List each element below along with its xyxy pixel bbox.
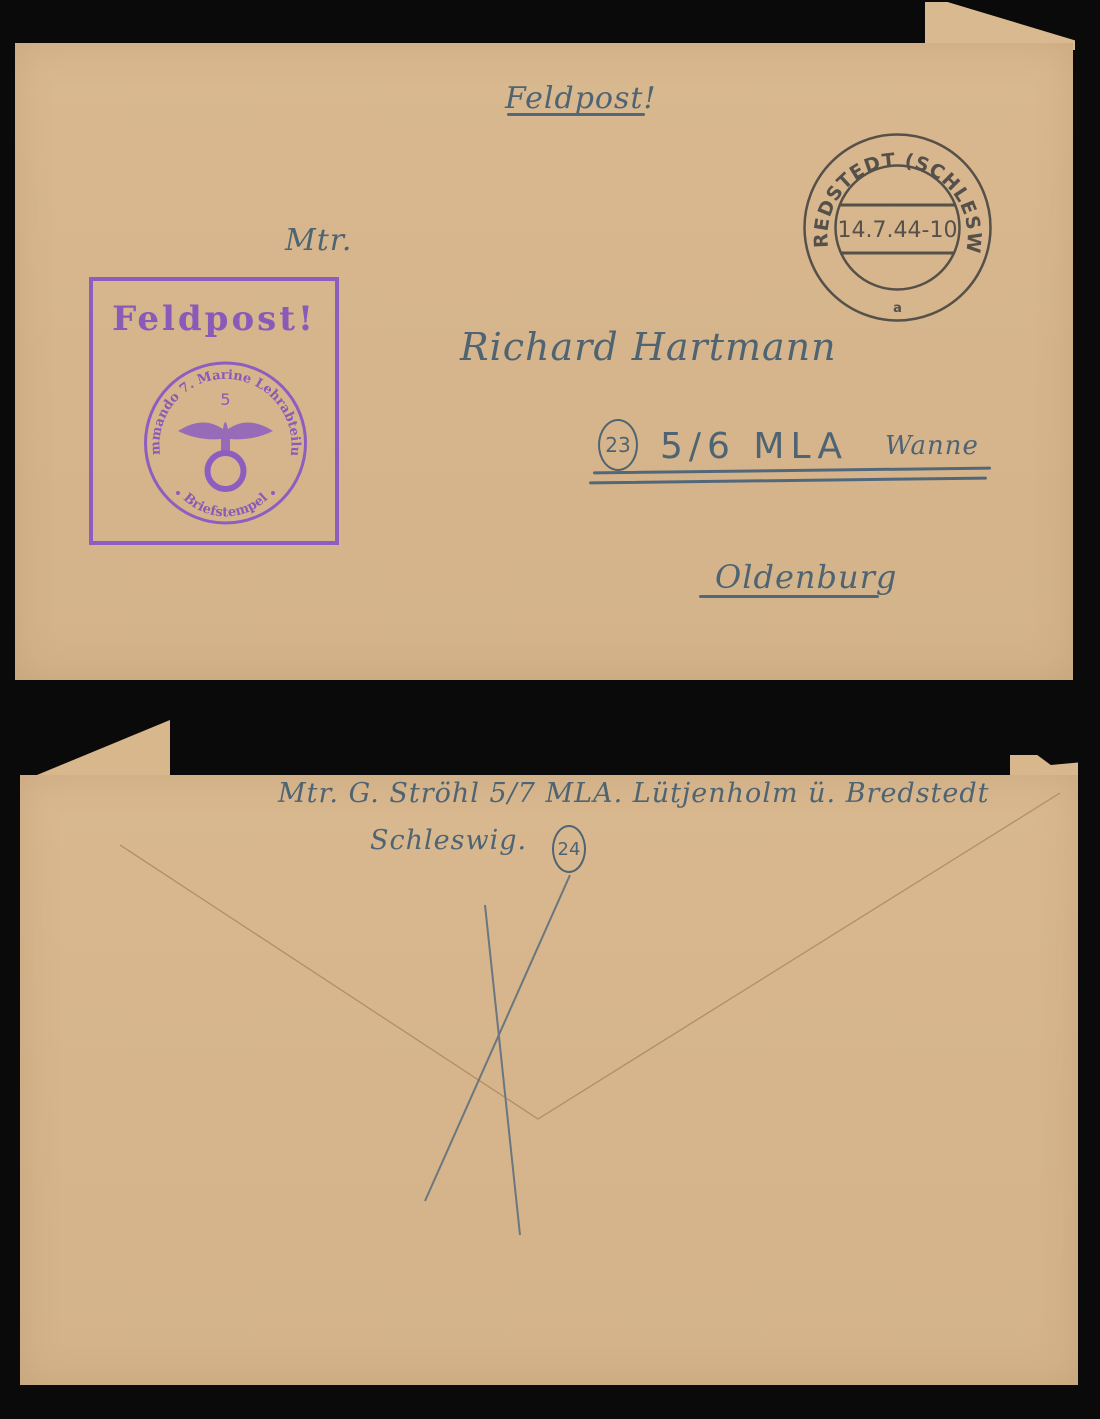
rank-line: Mtr. (285, 223, 352, 258)
seal-number: 5 (220, 390, 230, 409)
feldpost-stamp-box: Feldpost! Kommando 7. Marine Lehrabteilu… (89, 277, 339, 545)
unit-underline-2 (589, 477, 987, 485)
unit-seal-icon: Kommando 7. Marine Lehrabteilung 5 Brief… (138, 353, 313, 528)
recipient-district-circle: 23 (598, 419, 638, 471)
city-underline (699, 595, 879, 598)
back-sender-line-1: Mtr. G. Ströhl 5/7 MLA. Lütjenholm ü. Br… (278, 778, 990, 809)
envelope-front: Feldpost! Mtr. Feldpost! Kommando 7. Mar… (15, 43, 1073, 680)
flap-fold-lines (20, 775, 1078, 1385)
recipient-city: Oldenburg (715, 558, 897, 596)
recipient-name: Richard Hartmann (460, 325, 837, 369)
envelope-back: Mtr. G. Ströhl 5/7 MLA. Lütjenholm ü. Br… (20, 775, 1078, 1385)
back-district-circle: 24 (552, 825, 586, 873)
recipient-unit-suffix: Wanne (885, 431, 979, 461)
header-underline (507, 113, 645, 116)
postmark-bottom-mark: a (893, 301, 902, 316)
recipient-unit-line: 5/6 MLA (660, 426, 848, 467)
back-sender-line-2: Schleswig. (370, 825, 527, 856)
postmark-cancel: BREDSTEDT (SCHLESW) 14.7.44-10 a (800, 130, 995, 325)
unit-underline-1 (593, 467, 991, 475)
postmark-date: 14.7.44-10 (838, 218, 958, 243)
front-header-note: Feldpost! (505, 81, 657, 116)
feldpost-stamp-title: Feldpost! (93, 299, 335, 339)
back-flap-left (20, 720, 170, 782)
